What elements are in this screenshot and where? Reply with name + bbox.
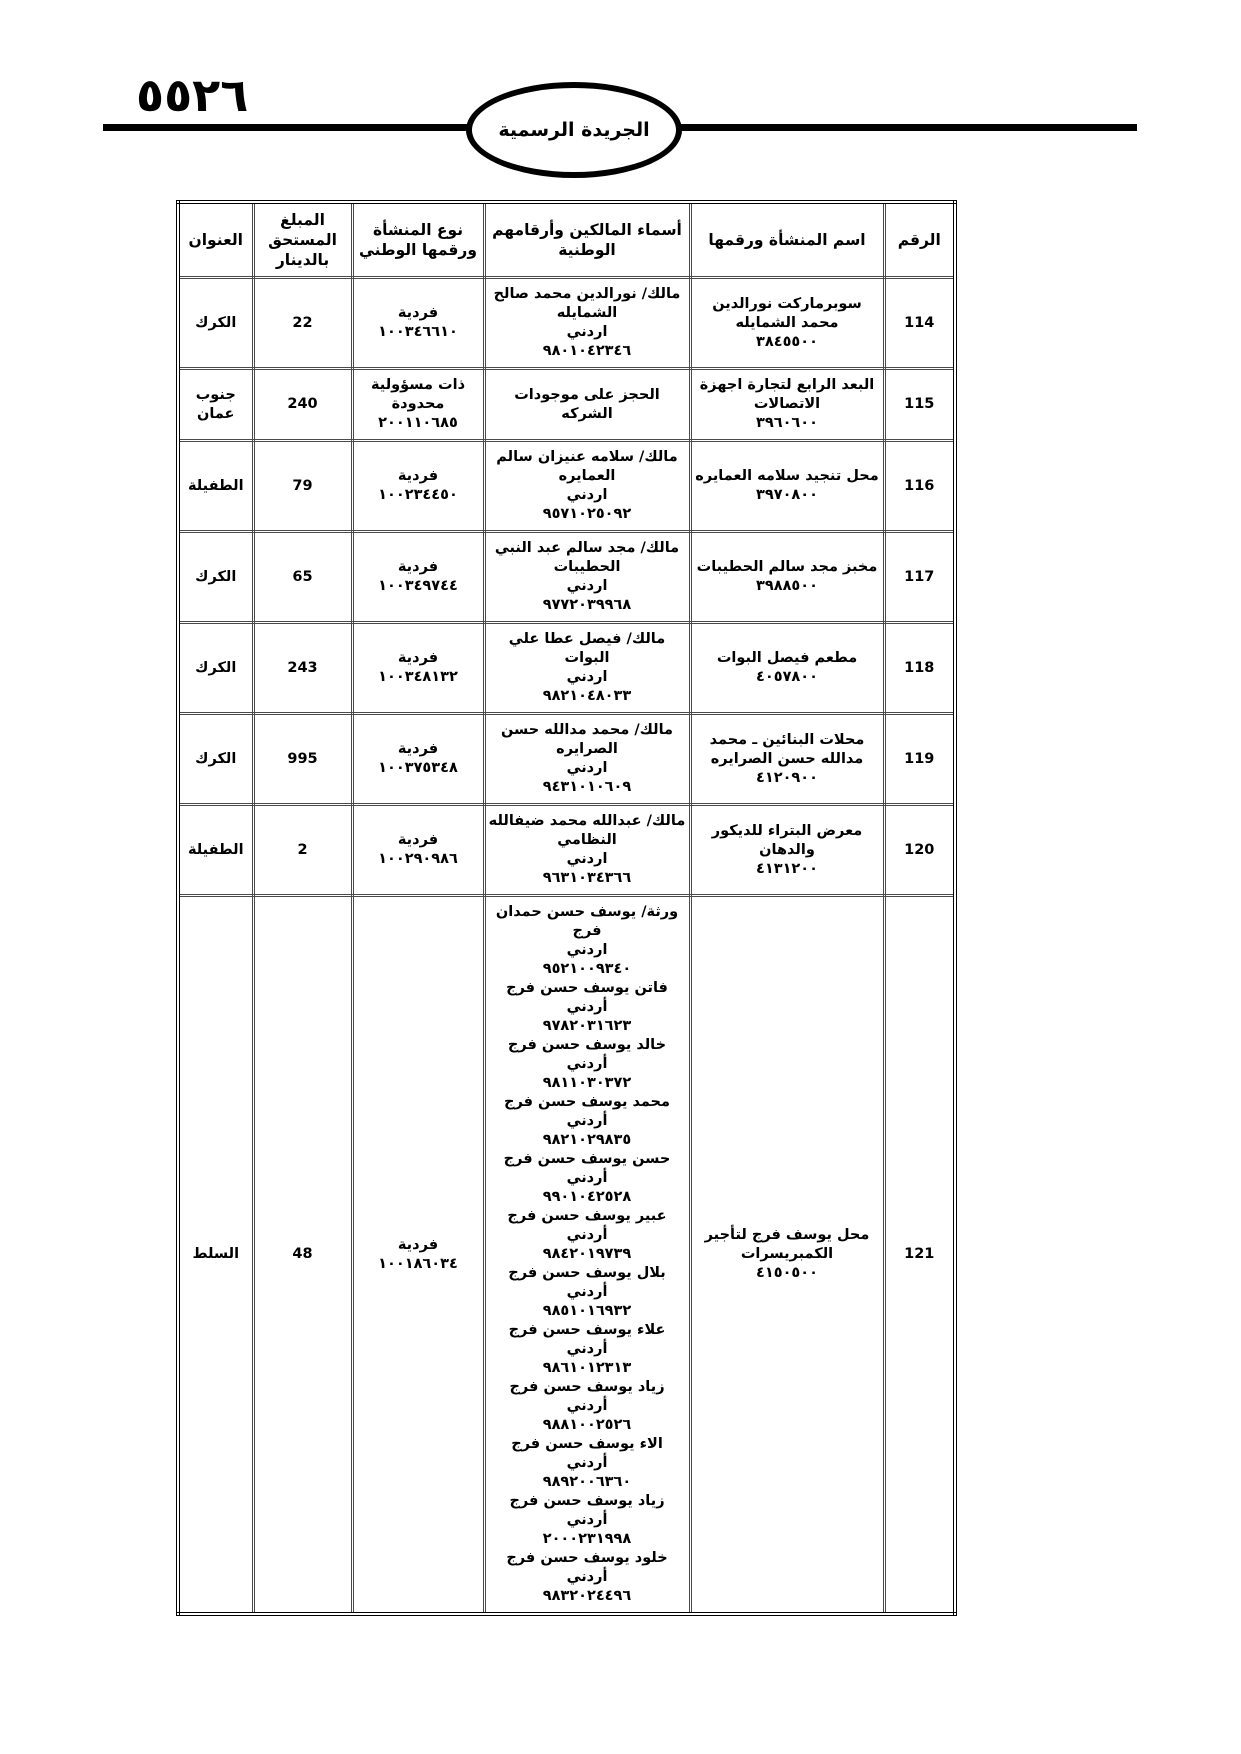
cell-line: أردني (489, 1055, 686, 1074)
owners-cell: مالك/ محمد مدالله حسن الصرايرهاردني٩٤٣١٠… (484, 714, 690, 805)
address-cell: الكرك (178, 532, 253, 623)
address-cell: السلط (178, 896, 253, 1615)
establishment-cell: سوبرماركت نورالدين محمد الشمايله٣٨٤٥٥٠٠ (690, 278, 884, 369)
table-row: 114 سوبرماركت نورالدين محمد الشمايله٣٨٤٥… (178, 278, 955, 369)
cell-line: اردني (489, 941, 686, 960)
cell-line: أردني (489, 1226, 686, 1245)
amount-due: 240 (258, 395, 348, 414)
establishment-cell: مطعم فيصل البوات٤٠٥٧٨٠٠ (690, 623, 884, 714)
records-body: 114 سوبرماركت نورالدين محمد الشمايله٣٨٤٥… (178, 278, 955, 1615)
amount-due: 65 (258, 568, 348, 587)
record-number-cell: 114 (884, 278, 955, 369)
cell-line: سوبرماركت نورالدين محمد الشمايله (695, 295, 880, 333)
establishment-name-and-number: محل يوسف فرج لتأجير الكمبريسرات٤١٥٠٥٠٠ (695, 1226, 880, 1283)
address: الكرك (183, 659, 249, 678)
cell-line: أردني (489, 1283, 686, 1302)
owners-cell: مالك/ نورالدين محمد صالح الشمايلهاردني٩٨… (484, 278, 690, 369)
establishment-type-and-national-number: فردية١٠٠٣٧٥٣٤٨ (357, 740, 480, 778)
amount-due: 243 (258, 659, 348, 678)
record-number: 121 (889, 1245, 951, 1264)
establishment-cell: محل تنجيد سلامه العمايره٣٩٧٠٨٠٠ (690, 441, 884, 532)
gazette-page: ٥٥٢٦ الجريدة الرسمية الرقم اسم المنشأة و… (0, 0, 1241, 1754)
table-row: 119 محلات البنائين ـ محمد مدالله حسن الص… (178, 714, 955, 805)
address-cell: الطفيلة (178, 441, 253, 532)
cell-line: ١٠٠٢٩٠٩٨٦ (357, 850, 480, 869)
cell-line: أردني (489, 1169, 686, 1188)
owners-names-and-numbers: مالك/ محمد مدالله حسن الصرايرهاردني٩٤٣١٠… (489, 721, 686, 797)
cell-line: أردني (489, 1568, 686, 1587)
amount-cell: 2 (253, 805, 352, 896)
cell-line: ١٠٠٢٣٤٤٥٠ (357, 486, 480, 505)
table-row: 116 محل تنجيد سلامه العمايره٣٩٧٠٨٠٠ مالك… (178, 441, 955, 532)
cell-line: بلال يوسف حسن فرج (489, 1264, 686, 1283)
type-cell: فردية١٠٠١٨٦٠٣٤ (352, 896, 484, 1615)
cell-line: ٩٨٩٢٠٠٦٣٦٠ (489, 1473, 686, 1492)
record-number-cell: 119 (884, 714, 955, 805)
record-number-cell: 121 (884, 896, 955, 1615)
type-cell: ذات مسؤولية محدودة٢٠٠١١٠٦٨٥ (352, 369, 484, 441)
amount-due: 2 (258, 841, 348, 860)
cell-line: ٣٩٦٠٦٠٠ (695, 414, 880, 433)
cell-line: عبير يوسف حسن فرج (489, 1207, 686, 1226)
gazette-seal: الجريدة الرسمية (466, 82, 682, 178)
cell-line: أردني (489, 1340, 686, 1359)
record-number-cell: 118 (884, 623, 955, 714)
record-number: 115 (889, 395, 951, 414)
owners-names-and-numbers: مالك/ سلامه عنيزان سالم العمايرهاردني٩٥٧… (489, 448, 686, 524)
cell-line: زياد يوسف حسن فرج (489, 1378, 686, 1397)
establishment-cell: محل يوسف فرج لتأجير الكمبريسرات٤١٥٠٥٠٠ (690, 896, 884, 1615)
type-cell: فردية١٠٠٢٩٠٩٨٦ (352, 805, 484, 896)
establishment-type-and-national-number: فردية١٠٠٣٤٨١٣٢ (357, 649, 480, 687)
establishment-cell: البعد الرابع لتجارة اجهزة الاتصالات٣٩٦٠٦… (690, 369, 884, 441)
cell-line: ٩٨٥١٠١٦٩٣٢ (489, 1302, 686, 1321)
cell-line: مالك/ نورالدين محمد صالح الشمايله (489, 285, 686, 323)
cell-line: ١٠٠٣٤٦٦١٠ (357, 323, 480, 342)
cell-line: فردية (357, 304, 480, 323)
record-number: 118 (889, 659, 951, 678)
cell-line: عمان (183, 405, 249, 424)
cell-line: الحجز على موجودات الشركه (489, 386, 686, 424)
record-number: 116 (889, 477, 951, 496)
cell-line: ٩٨٢١٠٤٨٠٣٣ (489, 687, 686, 706)
record-number: 114 (889, 314, 951, 333)
cell-line: أردني (489, 1511, 686, 1530)
cell-line: الكرك (183, 568, 249, 587)
cell-line: ٩٧٨٢٠٣١٦٢٣ (489, 1017, 686, 1036)
cell-line: الطفيلة (183, 841, 249, 860)
owners-cell: ورثة/ يوسف حسن حمدان فرجاردني٩٥٢١٠٠٩٣٤٠ف… (484, 896, 690, 1615)
amount-cell: 240 (253, 369, 352, 441)
cell-line: فاتن يوسف حسن فرج (489, 979, 686, 998)
address: الكرك (183, 568, 249, 587)
address: الكرك (183, 314, 249, 333)
cell-line: ٩٥٧١٠٢٥٠٩٢ (489, 505, 686, 524)
cell-line: أردني (489, 1454, 686, 1473)
type-cell: فردية١٠٠٣٤٩٧٤٤ (352, 532, 484, 623)
cell-line: فردية (357, 831, 480, 850)
cell-line: ٣٩٧٠٨٠٠ (695, 486, 880, 505)
cell-line: ٩٨٤٢٠١٩٧٣٩ (489, 1245, 686, 1264)
col-header-owners: أسماء المالكين وأرقامهم الوطنية (484, 202, 690, 278)
owners-cell: مالك/ سلامه عنيزان سالم العمايرهاردني٩٥٧… (484, 441, 690, 532)
cell-line: ٢٠٠٠٢٣١٩٩٨ (489, 1530, 686, 1549)
address: جنوبعمان (183, 386, 249, 424)
record-number-cell: 117 (884, 532, 955, 623)
amount-cell: 79 (253, 441, 352, 532)
cell-line: اردني (489, 850, 686, 869)
owners-cell: مالك/ فيصل عطا علي البواتاردني٩٨٢١٠٤٨٠٣٣ (484, 623, 690, 714)
amount-cell: 995 (253, 714, 352, 805)
cell-line: اردني (489, 668, 686, 687)
address: الكرك (183, 750, 249, 769)
amount-cell: 22 (253, 278, 352, 369)
cell-line: مطعم فيصل البوات (695, 649, 880, 668)
record-number-cell: 120 (884, 805, 955, 896)
cell-line: الكرك (183, 750, 249, 769)
address: الطفيلة (183, 477, 249, 496)
cell-line: محل يوسف فرج لتأجير الكمبريسرات (695, 1226, 880, 1264)
cell-line: علاء يوسف حسن فرج (489, 1321, 686, 1340)
cell-line: ٣٩٨٨٥٠٠ (695, 577, 880, 596)
establishment-cell: محلات البنائين ـ محمد مدالله حسن الصراير… (690, 714, 884, 805)
record-number-cell: 115 (884, 369, 955, 441)
address-cell: الكرك (178, 623, 253, 714)
cell-line: اردني (489, 759, 686, 778)
type-cell: فردية١٠٠٣٧٥٣٤٨ (352, 714, 484, 805)
records-table: الرقم اسم المنشأة ورقمها أسماء المالكين … (176, 200, 957, 1616)
cell-line: ورثة/ يوسف حسن حمدان فرج (489, 903, 686, 941)
establishment-name-and-number: مخبز مجد سالم الحطيبات٣٩٨٨٥٠٠ (695, 558, 880, 596)
cell-line: ٩٤٣١٠١٠٦٠٩ (489, 778, 686, 797)
cell-line: ١٠٠١٨٦٠٣٤ (357, 1255, 480, 1274)
establishment-type-and-national-number: فردية١٠٠١٨٦٠٣٤ (357, 1236, 480, 1274)
cell-line: اردني (489, 577, 686, 596)
cell-line: ٩٨٢١٠٢٩٨٣٥ (489, 1131, 686, 1150)
col-header-amount: المبلغ المستحق بالدينار (253, 202, 352, 278)
cell-line: الكرك (183, 314, 249, 333)
cell-line: ١٠٠٣٤٨١٣٢ (357, 668, 480, 687)
cell-line: ٩٨٨١٠٠٢٥٢٦ (489, 1416, 686, 1435)
establishment-name-and-number: سوبرماركت نورالدين محمد الشمايله٣٨٤٥٥٠٠ (695, 295, 880, 352)
cell-line: محلات البنائين ـ محمد مدالله حسن الصراير… (695, 731, 880, 769)
cell-line: مالك/ مجد سالم عبد النبي (489, 539, 686, 558)
cell-line: محل تنجيد سلامه العمايره (695, 467, 880, 486)
cell-line: ٩٧٧٢٠٣٩٩٦٨ (489, 596, 686, 615)
cell-line: البعد الرابع لتجارة اجهزة الاتصالات (695, 376, 880, 414)
address-cell: الكرك (178, 714, 253, 805)
address-cell: جنوبعمان (178, 369, 253, 441)
cell-line: خلود يوسف حسن فرج (489, 1549, 686, 1568)
amount-due: 79 (258, 477, 348, 496)
establishment-type-and-national-number: ذات مسؤولية محدودة٢٠٠١١٠٦٨٥ (357, 376, 480, 433)
establishment-name-and-number: مطعم فيصل البوات٤٠٥٧٨٠٠ (695, 649, 880, 687)
amount-due: 48 (258, 1245, 348, 1264)
owners-cell: مالك/ عبدالله محمد ضيفالله النظامياردني٩… (484, 805, 690, 896)
establishment-name-and-number: محل تنجيد سلامه العمايره٣٩٧٠٨٠٠ (695, 467, 880, 505)
establishment-name-and-number: معرض البتراء للديكور والدهان٤١٣١٢٠٠ (695, 822, 880, 879)
owners-names-and-numbers: مالك/ عبدالله محمد ضيفالله النظامياردني٩… (489, 812, 686, 888)
cell-line: حسن يوسف حسن فرج (489, 1150, 686, 1169)
establishment-name-and-number: البعد الرابع لتجارة اجهزة الاتصالات٣٩٦٠٦… (695, 376, 880, 433)
cell-line: خالد يوسف حسن فرج (489, 1036, 686, 1055)
cell-line: اردني (489, 323, 686, 342)
table-row: 121 محل يوسف فرج لتأجير الكمبريسرات٤١٥٠٥… (178, 896, 955, 1615)
amount-due: 995 (258, 750, 348, 769)
type-cell: فردية١٠٠٢٣٤٤٥٠ (352, 441, 484, 532)
cell-line: الحطيبات (489, 558, 686, 577)
type-cell: فردية١٠٠٣٤٨١٣٢ (352, 623, 484, 714)
record-number: 119 (889, 750, 951, 769)
cell-line: زياد يوسف حسن فرج (489, 1492, 686, 1511)
amount-due: 22 (258, 314, 348, 333)
establishment-cell: مخبز مجد سالم الحطيبات٣٩٨٨٥٠٠ (690, 532, 884, 623)
record-number: 117 (889, 568, 951, 587)
cell-line: فردية (357, 649, 480, 668)
cell-line: ٤٠٥٧٨٠٠ (695, 668, 880, 687)
records-header: الرقم اسم المنشأة ورقمها أسماء المالكين … (178, 202, 955, 278)
amount-cell: 65 (253, 532, 352, 623)
header-row: الرقم اسم المنشأة ورقمها أسماء المالكين … (178, 202, 955, 278)
table-row: 120 معرض البتراء للديكور والدهان٤١٣١٢٠٠ … (178, 805, 955, 896)
cell-line: ٩٨١١٠٣٠٣٧٢ (489, 1074, 686, 1093)
cell-line: محمد يوسف حسن فرج (489, 1093, 686, 1112)
amount-cell: 243 (253, 623, 352, 714)
cell-line: مالك/ سلامه عنيزان سالم العمايره (489, 448, 686, 486)
owners-names-and-numbers: مالك/ فيصل عطا علي البواتاردني٩٨٢١٠٤٨٠٣٣ (489, 630, 686, 706)
owners-names-and-numbers: الحجز على موجودات الشركه (489, 386, 686, 424)
cell-line: فردية (357, 1236, 480, 1255)
cell-line: ٤١٥٠٥٠٠ (695, 1264, 880, 1283)
cell-line: ذات مسؤولية محدودة (357, 376, 480, 414)
amount-cell: 48 (253, 896, 352, 1615)
establishment-type-and-national-number: فردية١٠٠٣٤٩٧٤٤ (357, 558, 480, 596)
col-header-establishment: اسم المنشأة ورقمها (690, 202, 884, 278)
owners-names-and-numbers: مالك/ مجد سالم عبد النبيالحطيباتاردني٩٧٧… (489, 539, 686, 615)
table-row: 117 مخبز مجد سالم الحطيبات٣٩٨٨٥٠٠ مالك/ … (178, 532, 955, 623)
cell-line: جنوب (183, 386, 249, 405)
col-header-number: الرقم (884, 202, 955, 278)
table-row: 115 البعد الرابع لتجارة اجهزة الاتصالات٣… (178, 369, 955, 441)
cell-line: الكرك (183, 659, 249, 678)
cell-line: الاء يوسف حسن فرج (489, 1435, 686, 1454)
col-header-type: نوع المنشأة ورقمها الوطني (352, 202, 484, 278)
owners-names-and-numbers: مالك/ نورالدين محمد صالح الشمايلهاردني٩٨… (489, 285, 686, 361)
cell-line: أردني (489, 1397, 686, 1416)
establishment-type-and-national-number: فردية١٠٠٢٩٠٩٨٦ (357, 831, 480, 869)
cell-line: ٩٦٣١٠٣٤٣٦٦ (489, 869, 686, 888)
table-row: 118 مطعم فيصل البوات٤٠٥٧٨٠٠ مالك/ فيصل ع… (178, 623, 955, 714)
page-number: ٥٥٢٦ (136, 68, 248, 122)
cell-line: ٩٩٠١٠٤٢٥٢٨ (489, 1188, 686, 1207)
cell-line: ١٠٠٣٧٥٣٤٨ (357, 759, 480, 778)
record-number: 120 (889, 841, 951, 860)
cell-line: ٩٨٦١٠١٢٣١٣ (489, 1359, 686, 1378)
cell-line: ٩٨٠١٠٤٢٣٤٦ (489, 342, 686, 361)
address-cell: الطفيلة (178, 805, 253, 896)
cell-line: ٤١٣١٢٠٠ (695, 860, 880, 879)
cell-line: فردية (357, 467, 480, 486)
establishment-cell: معرض البتراء للديكور والدهان٤١٣١٢٠٠ (690, 805, 884, 896)
establishment-type-and-national-number: فردية١٠٠٣٤٦٦١٠ (357, 304, 480, 342)
records-table-wrap: الرقم اسم المنشأة ورقمها أسماء المالكين … (178, 200, 957, 1616)
cell-line: اردني (489, 486, 686, 505)
address: الطفيلة (183, 841, 249, 860)
cell-line: ٢٠٠١١٠٦٨٥ (357, 414, 480, 433)
cell-line: فردية (357, 740, 480, 759)
owners-cell: الحجز على موجودات الشركه (484, 369, 690, 441)
address-cell: الكرك (178, 278, 253, 369)
cell-line: فردية (357, 558, 480, 577)
cell-line: أردني (489, 1112, 686, 1131)
cell-line: الطفيلة (183, 477, 249, 496)
cell-line: مالك/ فيصل عطا علي البوات (489, 630, 686, 668)
cell-line: أردني (489, 998, 686, 1017)
cell-line: السلط (183, 1245, 249, 1264)
cell-line: مخبز مجد سالم الحطيبات (695, 558, 880, 577)
cell-line: ٤١٢٠٩٠٠ (695, 769, 880, 788)
establishment-name-and-number: محلات البنائين ـ محمد مدالله حسن الصراير… (695, 731, 880, 788)
address: السلط (183, 1245, 249, 1264)
owners-cell: مالك/ مجد سالم عبد النبيالحطيباتاردني٩٧٧… (484, 532, 690, 623)
cell-line: ٣٨٤٥٥٠٠ (695, 333, 880, 352)
cell-line: معرض البتراء للديكور والدهان (695, 822, 880, 860)
cell-line: ٩٨٣٢٠٢٤٤٩٦ (489, 1587, 686, 1606)
cell-line: مالك/ عبدالله محمد ضيفالله النظامي (489, 812, 686, 850)
cell-line: ١٠٠٣٤٩٧٤٤ (357, 577, 480, 596)
col-header-address: العنوان (178, 202, 253, 278)
owners-names-and-numbers: ورثة/ يوسف حسن حمدان فرجاردني٩٥٢١٠٠٩٣٤٠ف… (489, 903, 686, 1606)
cell-line: مالك/ محمد مدالله حسن الصرايره (489, 721, 686, 759)
type-cell: فردية١٠٠٣٤٦٦١٠ (352, 278, 484, 369)
gazette-title: الجريدة الرسمية (498, 119, 649, 141)
cell-line: ٩٥٢١٠٠٩٣٤٠ (489, 960, 686, 979)
establishment-type-and-national-number: فردية١٠٠٢٣٤٤٥٠ (357, 467, 480, 505)
record-number-cell: 116 (884, 441, 955, 532)
